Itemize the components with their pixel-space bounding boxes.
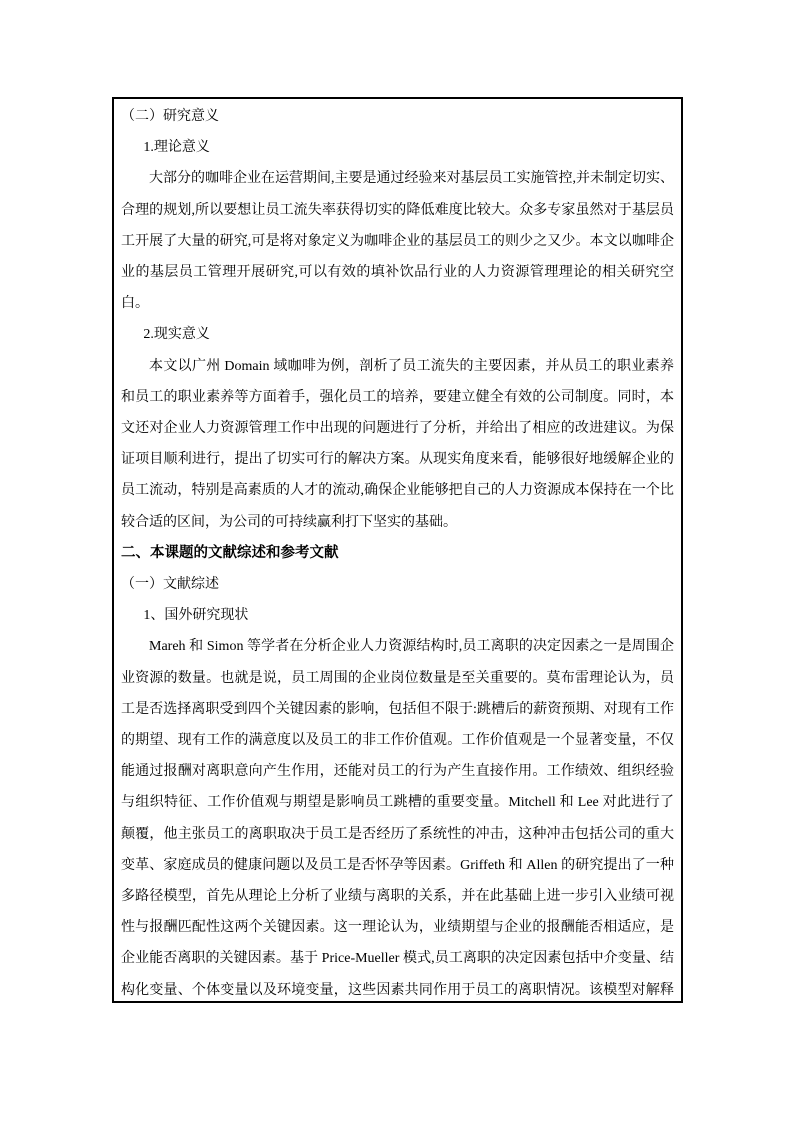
paragraph-foreign-research-status: Mareh 和 Simon 等学者在分析企业人力资源结构时,员工离职的决定因素之… [121,631,674,1003]
section-heading-research-significance: （二）研究意义 [121,101,674,132]
subsection-heading-foreign-research-status: 1、国外研究现状 [121,600,674,631]
paragraph-theoretical-significance: 大部分的咖啡企业在运营期间,主要是通过经验来对基层员工实施管控,并未制定切实、合… [121,163,674,319]
subsection-heading-practical-significance: 2.现实意义 [121,319,674,350]
subsection-heading-theoretical-significance: 1.理论意义 [121,132,674,163]
chapter-heading-literature-review-and-references: 二、本课题的文献综述和参考文献 [121,538,674,569]
document-table-cell: （二）研究意义 1.理论意义 大部分的咖啡企业在运营期间,主要是通过经验来对基层… [112,97,683,1003]
document-page: （二）研究意义 1.理论意义 大部分的咖啡企业在运营期间,主要是通过经验来对基层… [0,0,793,1122]
section-heading-literature-review: （一）文献综述 [121,569,674,600]
paragraph-practical-significance: 本文以广州 Domain 域咖啡为例，剖析了员工流失的主要因素，并从员工的职业素… [121,351,674,538]
